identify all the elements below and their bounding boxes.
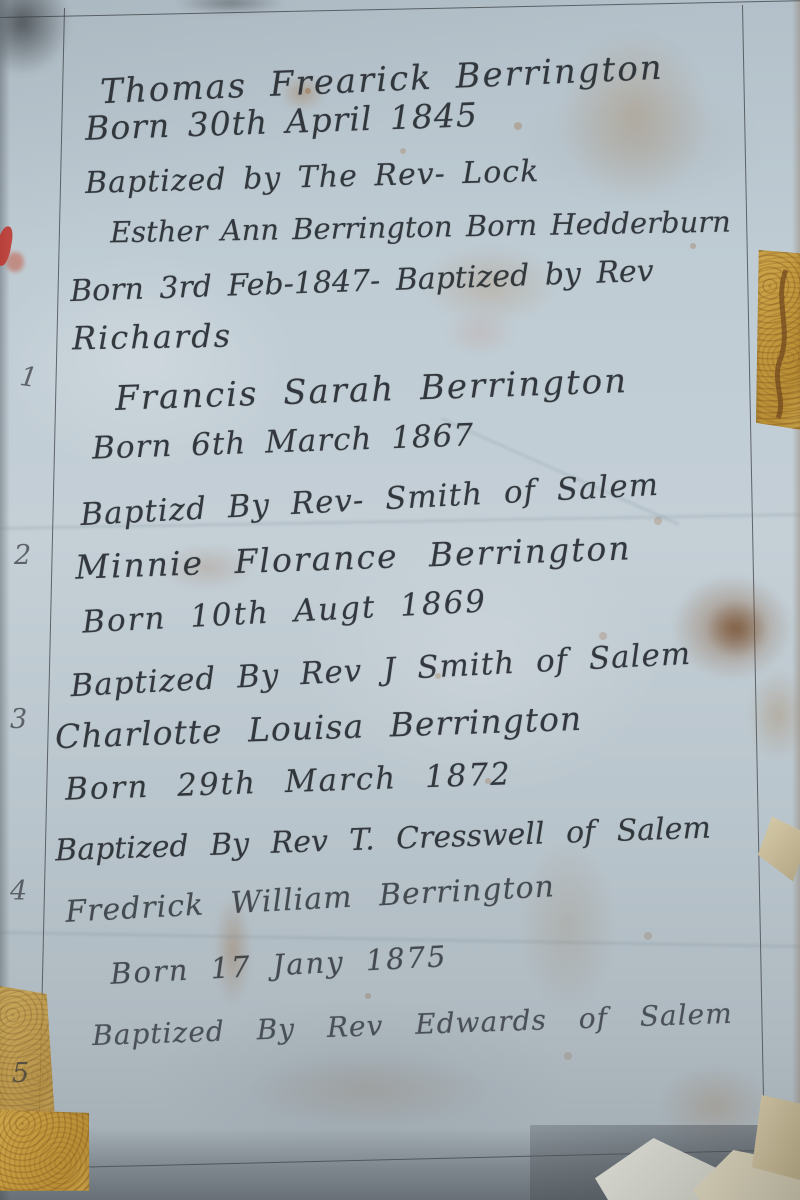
bottom-rule-line: [28, 1150, 770, 1169]
torn-flap-bottom-1: [595, 1138, 725, 1200]
stain-bottom-band: [250, 1055, 490, 1125]
left-rule-line: [38, 8, 65, 1173]
stain-pink-mid: [445, 310, 515, 355]
register-line: Richards: [72, 317, 233, 358]
stain-rust-big-right-core: [706, 600, 768, 658]
register-line: Francis Sarah Berrington: [114, 361, 628, 419]
margin-number-5: 5: [12, 1058, 29, 1089]
register-line: Born 29th March 1872: [65, 756, 513, 808]
register-line: Born 17 Jany 1875: [109, 939, 448, 991]
register-line: Born 10th Augt 1869: [81, 583, 488, 640]
margin-number-1: 1: [18, 361, 39, 394]
register-line: Born 6th March 1867: [91, 417, 474, 466]
register-page-photo: 1 2 3 4 5 Thomas Frearick Berrington Bor…: [0, 0, 800, 1200]
stain-bottom-right: [660, 1065, 770, 1145]
register-line: Charlotte Louisa Berrington: [54, 699, 582, 756]
register-line: Baptized By Rev J Smith of Salem: [69, 636, 692, 704]
margin-number-4: 4: [10, 876, 27, 907]
stain-faint-lower-mid: [520, 840, 615, 1010]
bottom-page-shadow: [0, 1128, 800, 1200]
torn-flap-right-mid: [754, 815, 800, 882]
red-ink-smear: [6, 252, 24, 272]
bottom-right-dark-area: [530, 1125, 800, 1200]
stain-top-left-corner: [0, 0, 70, 75]
tape-patch-right: [756, 250, 800, 430]
top-rule-line: [0, 0, 800, 18]
register-line: Fredrick William Berrington: [64, 869, 555, 930]
left-photo-edge: [0, 0, 10, 1200]
tape-patch-bottom-left: [0, 1103, 97, 1200]
register-line: Born 3rd Feb-1847- Baptized by Rev: [70, 254, 655, 309]
torn-flap-bottom-right-corner: [752, 1095, 800, 1180]
register-line: Baptizd By Rev- Smith of Salem: [79, 467, 659, 533]
right-photo-edge: [792, 0, 800, 1200]
margin-number-2: 2: [14, 540, 31, 571]
register-line: Baptized by The Rev- Lock: [85, 154, 540, 201]
register-line: Baptized By Rev Edwards of Salem: [92, 997, 734, 1052]
register-line: Minnie Florance Berrington: [74, 528, 632, 586]
right-rule-line: [742, 5, 765, 1160]
tape-brown-mark: [756, 250, 800, 430]
register-line: Esther Ann Berrington Born Hedderburn: [110, 205, 731, 250]
register-line: Baptized By Rev T. Cresswell of Salem: [55, 811, 712, 869]
torn-flap-bottom-2: [693, 1150, 800, 1200]
margin-number-3: 3: [10, 704, 27, 735]
